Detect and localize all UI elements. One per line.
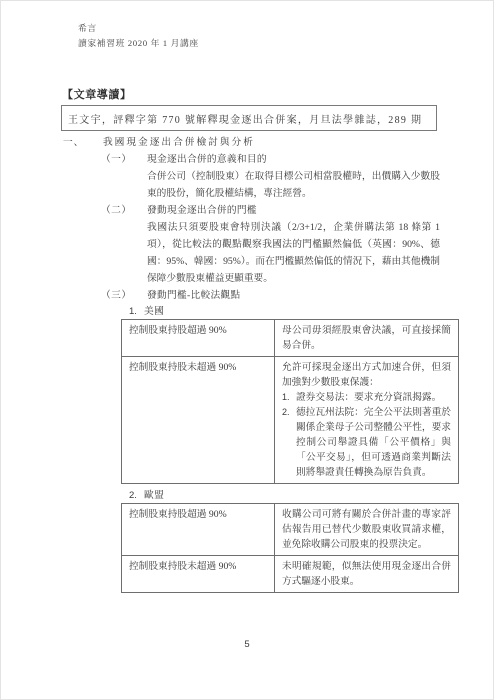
us-comparison-table: 控制股東持股超過 90% 母公司毋須經股東會決議，可直接採簡易合併。 控制股東持… (121, 319, 459, 484)
us-row2-intro: 允許可採現金逐出方式加速合併，但須加強對少數股東保護： (282, 360, 451, 390)
outline-sub-2-marker: （二） (101, 202, 147, 219)
citation-text: 王文宇，評釋字第 770 號解釋現金逐出合併案，月旦法學雜誌，289 期 (68, 111, 422, 126)
outline-sub-3: （三） 發動門檻-比較法觀點 (101, 287, 443, 304)
document-page: 希言 讀家補習班 2020 年 1 月講座 【文章導讀】 王文宇，評釋字第 77… (0, 0, 494, 700)
us-row2-point-2: 2. 德拉瓦州法院：完全公平法則著重於關係企業母子公司整體公平性，要求控制公司舉… (282, 405, 451, 480)
list-item-us-number: 1. (129, 304, 144, 319)
outline-content: 一、 我國現金逐出合併檢討與分析 （一） 現金逐出合併的意義和目的 合併公司（控… (63, 134, 443, 593)
header-course-title: 讀家補習班 2020 年 1 月講座 (78, 36, 199, 51)
outline-sub-1-body: 合併公司（控制股東）在取得目標公司相當股權時，出價購入少數股東的股份，簡化股權結… (147, 168, 440, 202)
point-number: 2. (282, 405, 296, 480)
section-title: 【文章導讀】 (62, 86, 132, 102)
table-row: 控制股東持股未超過 90% 允許可採現金逐出方式加速合併，但須加強對少數股東保護… (122, 357, 459, 484)
eu-row1-rule: 收購公司可將有關於合併計畫的專家評估報告用已替代少數股東收買請求權，並免除收購公… (275, 504, 459, 556)
outline-heading-1: 一、 我國現金逐出合併檢討與分析 (63, 134, 443, 151)
eu-comparison-table: 控制股東持股超過 90% 收購公司可將有關於合併計畫的專家評估報告用已替代少數股… (121, 503, 459, 593)
outline-sub-3-marker: （三） (101, 287, 147, 304)
point-text: 證券交易法：要求充分資訊揭露。 (296, 390, 451, 405)
table-row: 控制股東持股超過 90% 母公司毋須經股東會決議，可直接採簡易合併。 (122, 320, 459, 357)
table-row: 控制股東持股未超過 90% 未明確規範，似無法使用現金逐出合併方式驅逐小股東。 (122, 556, 459, 593)
list-item-us: 1. 美國 (129, 304, 443, 319)
us-row2-condition: 控制股東持股未超過 90% (122, 357, 275, 484)
header-author: 希言 (78, 21, 199, 36)
table-row: 控制股東持股超過 90% 收購公司可將有關於合併計畫的專家評估報告用已替代少數股… (122, 504, 459, 556)
list-item-eu-label: 歐盟 (144, 488, 164, 503)
us-row1-rule: 母公司毋須經股東會決議，可直接採簡易合併。 (275, 320, 459, 357)
list-item-eu: 2. 歐盟 (129, 488, 443, 503)
page-number: 5 (1, 639, 493, 650)
point-number: 1. (282, 390, 296, 405)
list-item-us-label: 美國 (144, 304, 164, 319)
outline-sub-1-marker: （一） (101, 151, 147, 168)
outline-sub-3-title: 發動門檻-比較法觀點 (147, 287, 240, 304)
us-row2-point-1: 1. 證券交易法：要求充分資訊揭露。 (282, 390, 451, 405)
eu-row2-condition: 控制股東持股未超過 90% (122, 556, 275, 593)
page-header: 希言 讀家補習班 2020 年 1 月講座 (78, 21, 199, 51)
eu-row2-rule: 未明確規範，似無法使用現金逐出合併方式驅逐小股東。 (275, 556, 459, 593)
outline-sub-2-title: 發動現金逐出合併的門檻 (147, 202, 257, 219)
us-row2-rule: 允許可採現金逐出方式加速合併，但須加強對少數股東保護： 1. 證券交易法：要求充… (275, 357, 459, 484)
outline-sub-2: （二） 發動現金逐出合併的門檻 (101, 202, 443, 219)
list-item-eu-number: 2. (129, 488, 144, 503)
outline-heading-1-title: 我國現金逐出合併檢討與分析 (103, 134, 255, 151)
outline-sub-1: （一） 現金逐出合併的意義和目的 (101, 151, 443, 168)
point-text: 德拉瓦州法院：完全公平法則著重於關係企業母子公司整體公平性，要求控制公司舉證具備… (296, 405, 451, 480)
outline-sub-1-title: 現金逐出合併的意義和目的 (147, 151, 267, 168)
us-row1-condition: 控制股東持股超過 90% (122, 320, 275, 357)
citation-box: 王文宇，評釋字第 770 號解釋現金逐出合併案，月旦法學雜誌，289 期 (61, 105, 437, 131)
eu-row1-condition: 控制股東持股超過 90% (122, 504, 275, 556)
outline-marker-1: 一、 (63, 134, 103, 151)
outline-sub-2-body: 我國法只須要股東會特別決議（2/3+1/2，企業併購法第 18 條第 1 項），… (147, 219, 440, 287)
